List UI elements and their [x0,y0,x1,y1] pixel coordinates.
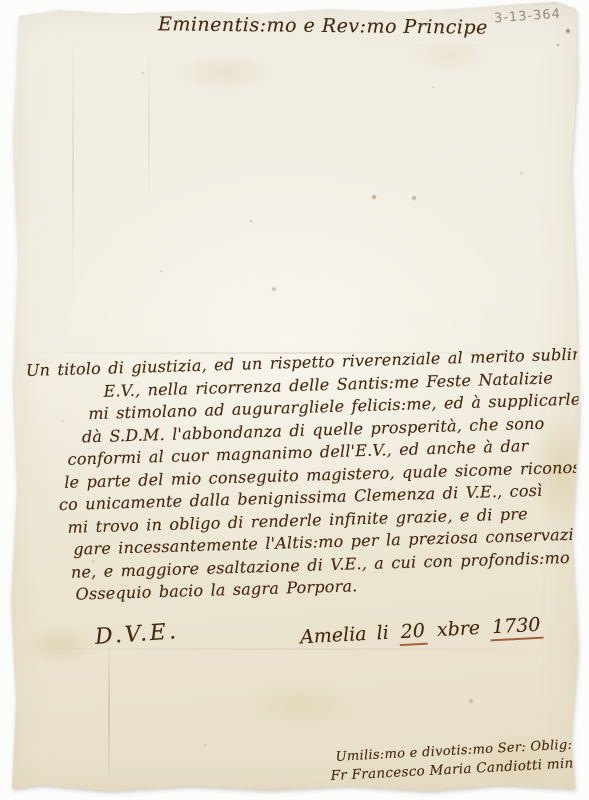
crease [108,635,110,790]
dateline-place: Amelia [300,623,368,648]
dateline: Amelia li 20 xbre 1730 [300,614,543,649]
dateline-month: xbre [436,617,480,641]
paper-wrap: Eminentis:mo e Rev:mo Principe 3-13-364 … [0,0,589,800]
scanned-letter: Eminentis:mo e Rev:mo Principe 3-13-364 … [0,0,589,800]
letter-paper: Eminentis:mo e Rev:mo Principe 3-13-364 … [0,0,589,800]
crease [148,40,150,220]
dateline-li: li [376,622,389,645]
foxing-spots [0,0,2,2]
dateline-year: 1730 [490,614,544,642]
crease [72,30,74,300]
salutation: Eminentis:mo e Rev:mo Principe [158,13,488,38]
catalog-number: 3-13-364 [494,7,562,27]
dateline-day: 20 [398,620,427,646]
signature-block: Umilis:mo e divotis:mo Ser: Oblig:mo Fr … [335,734,589,784]
valediction: D.V.E. [94,619,179,650]
letter-body: Un titolo di giustizia, ed un rispetto r… [23,344,570,607]
